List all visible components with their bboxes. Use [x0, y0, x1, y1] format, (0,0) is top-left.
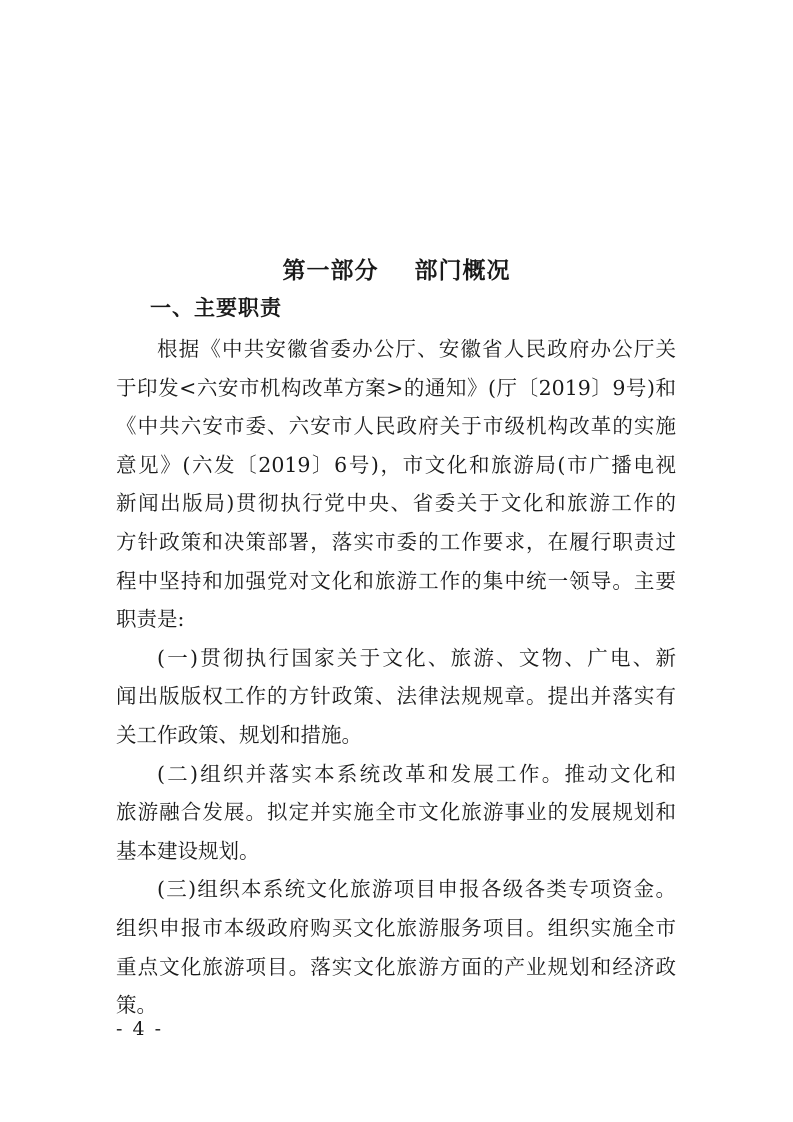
paragraph-line: (一)贯彻执行国家关于文化、旅游、文物、广电、新 — [116, 639, 676, 678]
paragraph-line: 职责是: — [116, 600, 676, 639]
paragraph-line: 关工作政策、规划和措施。 — [116, 716, 676, 755]
paragraph-line: 闻出版版权工作的方针政策、法律法规规章。提出并落实有 — [116, 677, 676, 716]
document-page: 第一部分 部门概况 一、主要职责 根据《中共安徽省委办公厅、安徽省人民政府办公厅… — [0, 0, 793, 1122]
paragraph-line: 重点文化旅游项目。落实文化旅游方面的产业规划和经济政 — [116, 948, 676, 987]
paragraph-line: 基本建设规划。 — [116, 832, 676, 871]
paragraph-line: (三)组织本系统文化旅游项目申报各级各类专项资金。 — [116, 870, 676, 909]
paragraph-line: 根据《中共安徽省委办公厅、安徽省人民政府办公厅关 — [116, 330, 676, 369]
paragraph-line: 旅游融合发展。拟定并实施全市文化旅游事业的发展规划和 — [116, 793, 676, 832]
paragraph-line: 方针政策和决策部署，落实市委的工作要求，在履行职责过 — [116, 523, 676, 562]
page-title: 第一部分 部门概况 — [0, 252, 793, 285]
paragraph-line: 程中坚持和加强党对文化和旅游工作的集中统一领导。主要 — [116, 562, 676, 601]
paragraph-line: 《中共六安市委、六安市人民政府关于市级机构改革的实施 — [116, 407, 676, 446]
paragraph-line: 意见》(六发〔2019〕6号)，市文化和旅游局(市广播电视 — [116, 446, 676, 485]
paragraph-line: 新闻出版局)贯彻执行党中央、省委关于文化和旅游工作的 — [116, 484, 676, 523]
paragraph-line: 策。 — [116, 986, 676, 1025]
paragraph-line: 组织申报市本级政府购买文化旅游服务项目。组织实施全市 — [116, 909, 676, 948]
paragraph-line: 于印发<六安市机构改革方案>的通知》(厅〔2019〕9号)和 — [116, 369, 676, 408]
document-body: 根据《中共安徽省委办公厅、安徽省人民政府办公厅关 于印发<六安市机构改革方案>的… — [116, 330, 676, 1025]
section-heading: 一、主要职责 — [150, 292, 282, 322]
paragraph-line: (二)组织并落实本系统改革和发展工作。推动文化和 — [116, 755, 676, 794]
page-number: - 4 - — [116, 1018, 163, 1040]
